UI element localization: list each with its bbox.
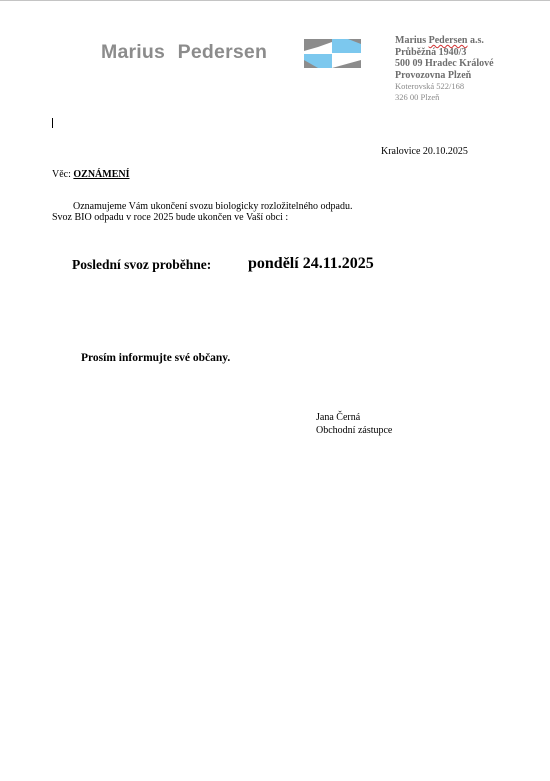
subject-label: Věc: (52, 169, 73, 180)
spellcheck-underlined-word: Pedersen (429, 35, 468, 46)
signature-block: Jana Černá Obchodní zástupce (316, 411, 392, 437)
signature-title: Obchodní zástupce (316, 424, 392, 437)
company-logo-mark-icon (304, 38, 361, 69)
company-branch: Provozovna Plzeň (395, 70, 494, 82)
company-address-block: Marius Pedersen a.s. Průběžná 1940/3 500… (395, 35, 494, 102)
company-logo-text: Marius Pedersen (101, 41, 267, 64)
request-inform-citizens: Prosím informujte své občany. (81, 352, 230, 364)
company-city: 500 09 Hradec Králové (395, 58, 494, 70)
branch-street: Koterovská 522/168 (395, 81, 494, 92)
subject-value: OZNÁMENÍ (73, 169, 129, 180)
page-top-border (0, 0, 550, 1)
body-paragraph-1: Oznamujeme Vám ukončení svozu biologicky… (73, 201, 352, 212)
date-line: Kralovice 20.10.2025 (381, 146, 468, 157)
branch-city: 326 00 Plzeň (395, 92, 494, 103)
company-street: Průběžná 1940/3 (395, 47, 494, 59)
signature-name: Jana Černá (316, 411, 392, 424)
company-name: Marius Pedersen a.s. (395, 35, 494, 47)
subject-line: Věc: OZNÁMENÍ (52, 169, 130, 180)
last-collection-label: Poslední svoz proběhne: (72, 257, 211, 273)
text-cursor[interactable] (52, 118, 53, 128)
last-collection-date: pondělí 24.11.2025 (248, 255, 374, 273)
body-paragraph-2: Svoz BIO odpadu v roce 2025 bude ukončen… (52, 212, 288, 223)
